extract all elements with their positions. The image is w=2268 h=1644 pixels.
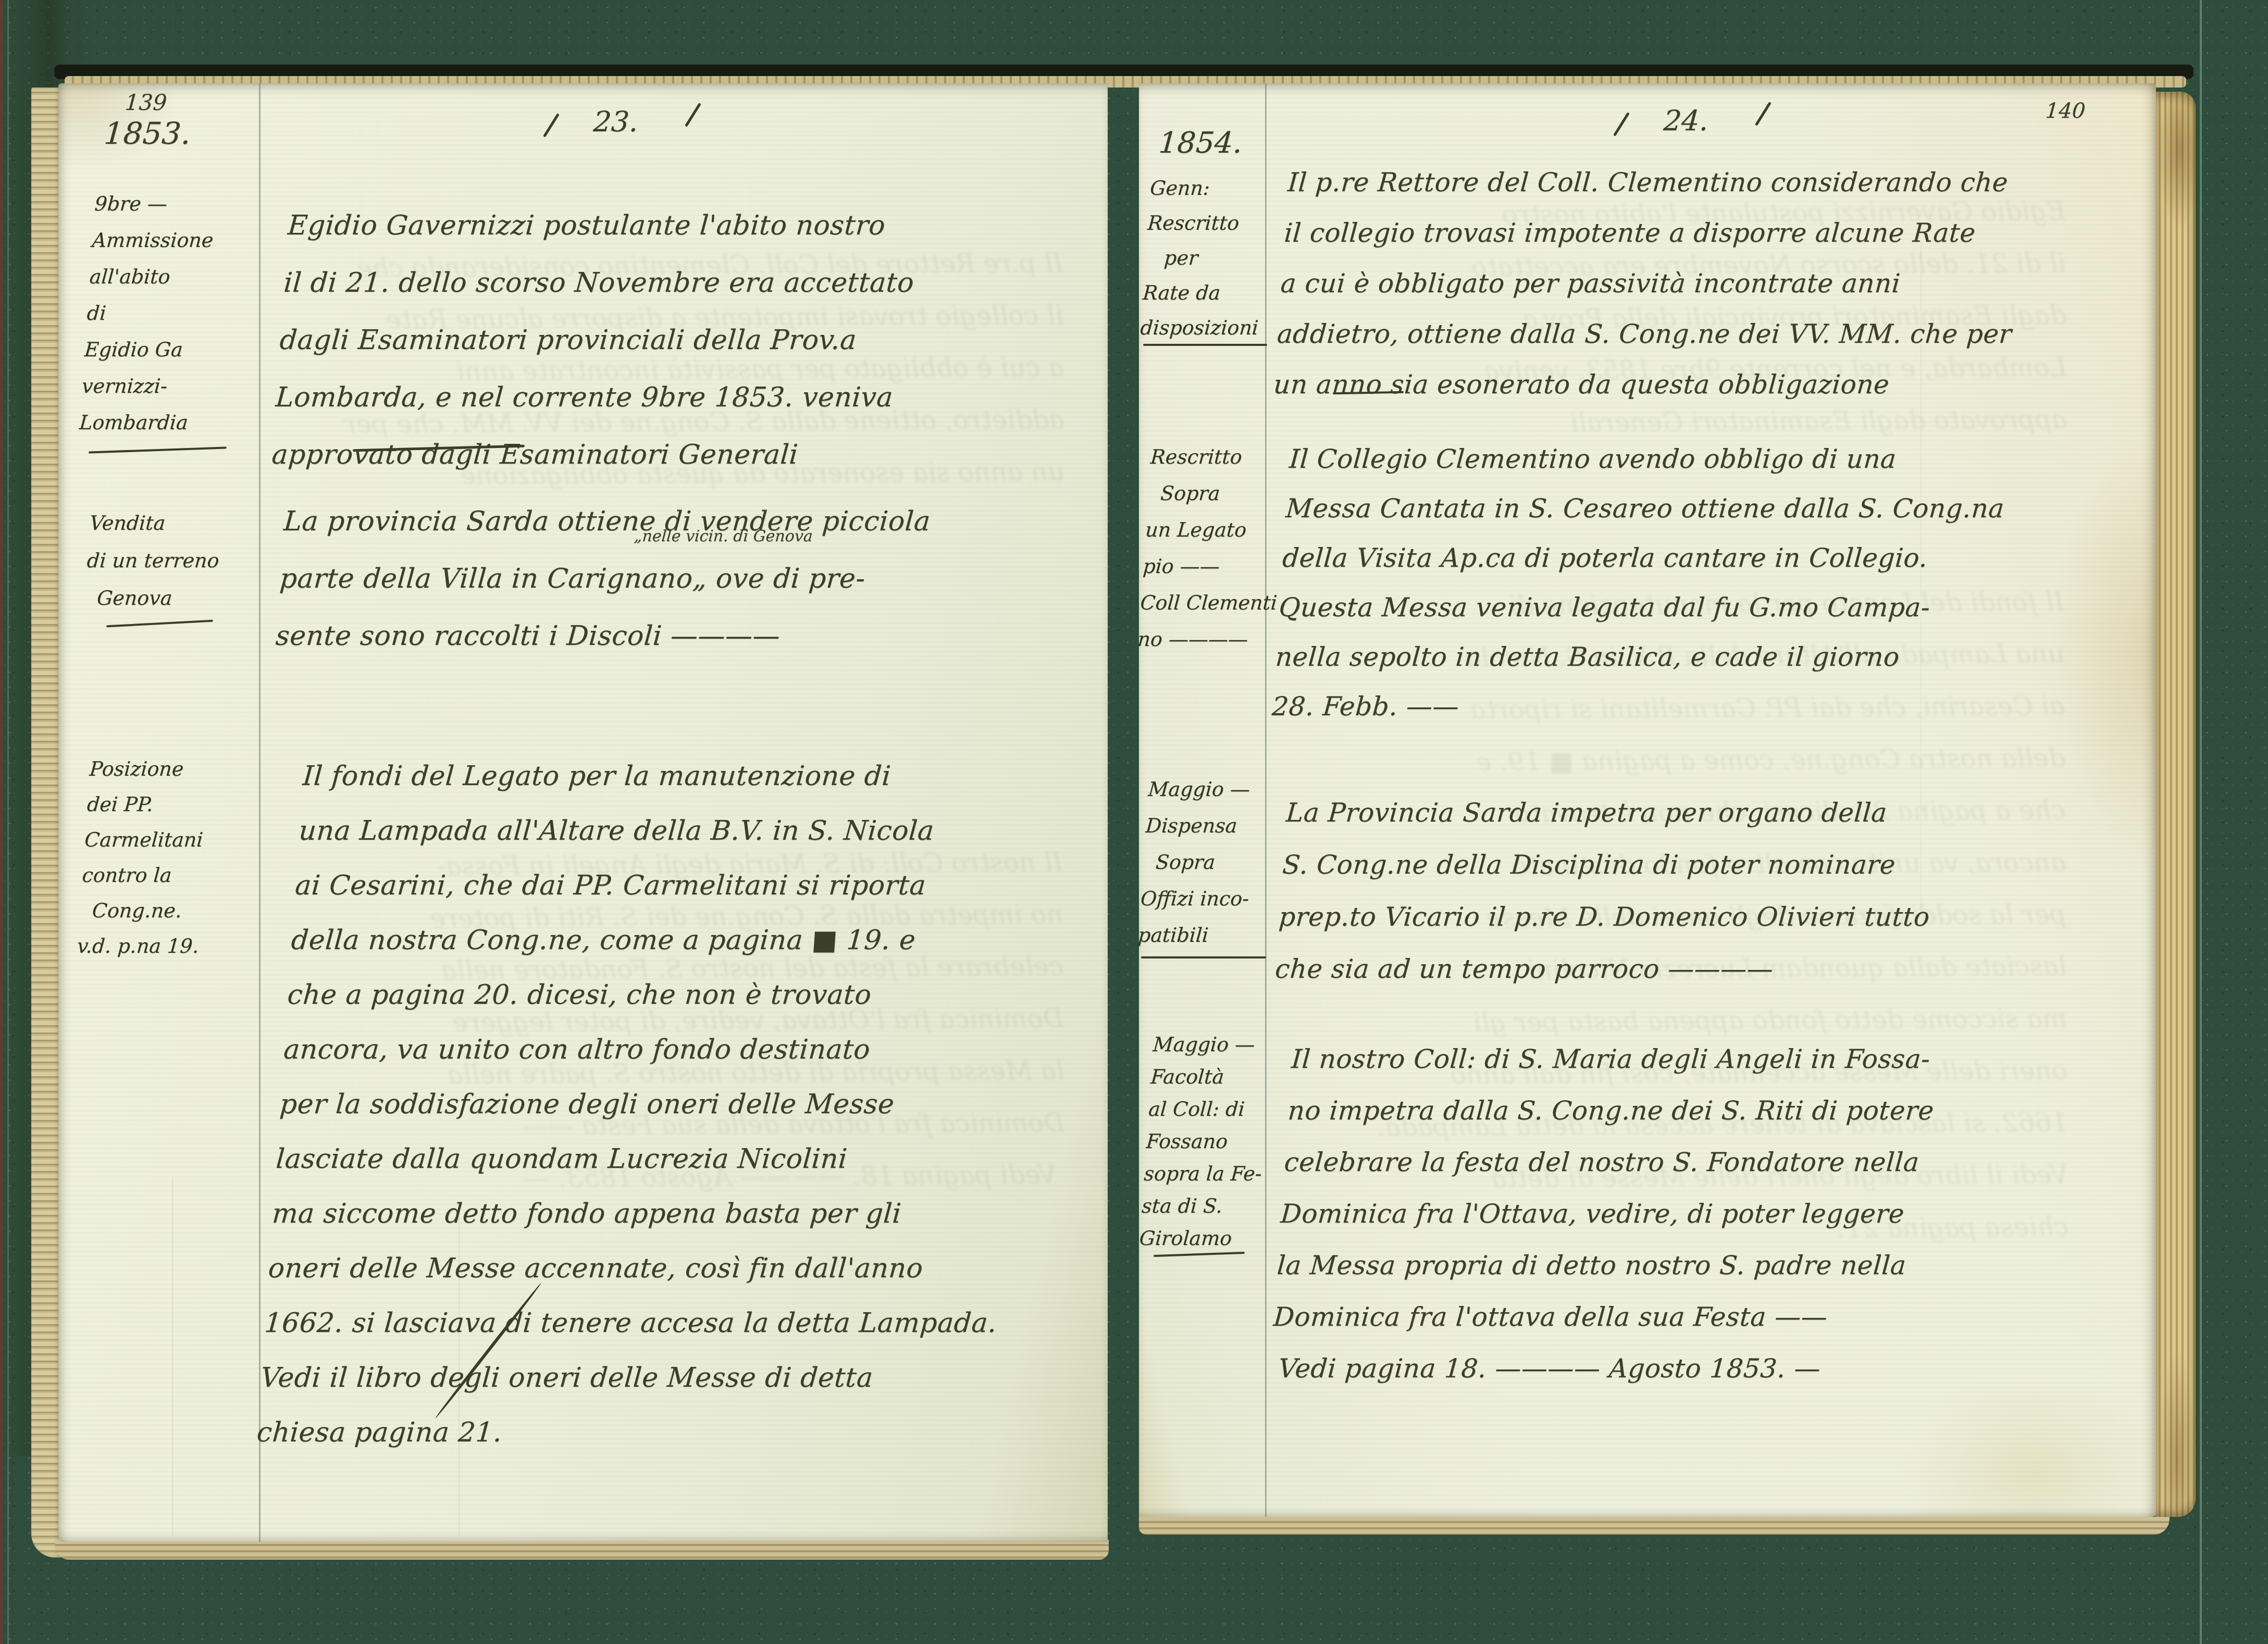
- page-edges-bottom-right: [1139, 1517, 2170, 1535]
- handwritten-line: Il p.re Rettore del Coll. Clementino con…: [1286, 157, 2024, 208]
- handwritten-line: della nostra Cong.ne, come a pagina ■ 19…: [289, 913, 1025, 968]
- handwritten-line: Dominica fra l'Ottava, vedire, di poter …: [1279, 1188, 1929, 1240]
- margin-rule-line: [1265, 83, 1267, 1517]
- handwritten-line: Girolamo: [1138, 1222, 1258, 1254]
- glass-edge-red-sliver: [0, 0, 3, 1644]
- handwritten-line: 28. Febb. ——: [1270, 682, 1992, 731]
- handwritten-line: Vedi il libro degli oneri delle Messe di…: [259, 1351, 995, 1405]
- handwritten-line: ai Cesarini, che dai PP. Carmelitani si …: [293, 858, 1030, 913]
- handwritten-line: Il nostro Coll: di S. Maria degli Angeli…: [1290, 1033, 1939, 1085]
- handwritten-line: patibili: [1137, 917, 1248, 953]
- handwritten-line: Il Collegio Clementino avendo obbligo di…: [1287, 434, 2009, 484]
- entry-margin-note: Genn:Rescritto perRate dadisposizioni: [1139, 171, 1269, 345]
- handwritten-line: di: [86, 295, 210, 331]
- handwritten-line: Rate da: [1142, 276, 1262, 310]
- handwritten-line: nella sepolto in detta Basilica, e cade …: [1274, 632, 1996, 682]
- handwritten-line: Maggio —: [1147, 771, 1258, 807]
- handwritten-line: al Coll: di: [1147, 1093, 1267, 1125]
- handwritten-line: sente sono raccolti i Discoli ————: [274, 607, 924, 665]
- year-heading: 1853.: [103, 116, 192, 151]
- handwritten-line: disposizioni: [1139, 310, 1259, 345]
- handwritten-line: v.d. p.na 19.: [76, 928, 200, 964]
- entry-body-text: Il p.re Rettore del Coll. Clementino con…: [1272, 157, 2024, 410]
- handwritten-line: la Messa propria di detto nostro S. padr…: [1275, 1240, 1925, 1291]
- ink-rule: [89, 446, 227, 453]
- handwritten-line: approvato dagli Esaminatori Generali: [270, 426, 904, 483]
- entry-margin-note: Maggio —Facoltàal Coll: diFossanosopra l…: [1138, 1028, 1272, 1254]
- page-number-flourish: [543, 113, 560, 138]
- handwritten-line: sta di S.: [1141, 1190, 1260, 1222]
- handwritten-line: Egidio Ga: [83, 331, 207, 368]
- photo-stage: Il p.re Rettore del Coll. Clementino con…: [0, 0, 2268, 1644]
- handwritten-line: Genova: [83, 579, 218, 617]
- right-page: Egidio Gavernizzi postulante l'abito nos…: [1139, 83, 2156, 1517]
- handwritten-line: Sopra: [1142, 844, 1253, 880]
- handwritten-line: che sia ad un tempo parroco ————: [1273, 943, 1928, 995]
- handwritten-line: Facoltà: [1150, 1061, 1270, 1093]
- handwritten-line: Sopra: [1147, 475, 1286, 512]
- left-page: Il p.re Rettore del Coll. Clementino con…: [58, 83, 1108, 1542]
- entry-body-text: Il Collegio Clementino avendo obbligo di…: [1270, 434, 2010, 731]
- handwritten-line: Dominica fra l'ottava della sua Festa ——: [1272, 1291, 1922, 1343]
- ink-rule: [106, 620, 213, 628]
- handwritten-line: Genn:: [1149, 171, 1269, 206]
- entry-body-text: La Provincia Sarda impetra per organo de…: [1273, 787, 1939, 995]
- page-number-flourish: [1613, 112, 1630, 136]
- entry-body-text: Il nostro Coll: di S. Maria degli Angeli…: [1268, 1033, 1939, 1394]
- year-heading: 1854.: [1158, 126, 1244, 160]
- handwritten-line: Vedi pagina 18. ———— Agosto 1853. —: [1268, 1343, 1918, 1394]
- handwritten-line: Posizione: [89, 751, 213, 787]
- handwritten-line: di un terreno: [85, 542, 220, 579]
- handwritten-line: pio ——: [1142, 548, 1281, 584]
- handwritten-line: a cui è obbligato per passività incontra…: [1279, 258, 2017, 309]
- handwritten-line: contro la: [81, 857, 205, 893]
- page-edges-bottom-left: [55, 1540, 1109, 1560]
- handwritten-line: Coll Clementi: [1139, 584, 1278, 621]
- handwritten-line: Egidio Gavernizzi postulante l'abito nos…: [286, 197, 920, 254]
- handwritten-line: no ————: [1136, 621, 1275, 657]
- handwritten-line: La provincia Sarda ottiene di vendere pi…: [282, 493, 933, 550]
- paper-crease: [172, 1177, 173, 1537]
- handwritten-line: parte della Villa in Carignano„ ove di p…: [278, 550, 928, 607]
- handwritten-line: Fossano: [1145, 1125, 1265, 1157]
- handwritten-line: Il fondi del Legato per la manutenzione …: [301, 749, 1037, 804]
- handwritten-line: vernizzi-: [81, 368, 205, 404]
- handwritten-line: Rescritto: [1149, 439, 1288, 475]
- handwritten-line: celebrare la festa del nostro S. Fondato…: [1282, 1137, 1932, 1188]
- handwritten-line: no impetra dalla S. Cong.ne dei S. Riti …: [1286, 1085, 1936, 1137]
- handwritten-line: 1662. si lasciava di tenere accesa la de…: [263, 1296, 999, 1351]
- glass-edge-line-left: [7, 0, 9, 1644]
- margin-rule-line: [259, 83, 261, 1542]
- handwritten-line: ma siccome detto fondo appena basta per …: [270, 1187, 1007, 1241]
- handwritten-line: Cong.ne.: [78, 893, 202, 928]
- handwritten-line: che a pagina 20. dicesi, che non è trova…: [286, 968, 1022, 1023]
- handwritten-line: un Legato: [1144, 512, 1283, 548]
- ink-rule: [1143, 344, 1267, 346]
- ink-rule: [1141, 956, 1266, 958]
- handwritten-line: S. Cong.ne della Disciplina di poter nom…: [1281, 839, 1935, 891]
- handwritten-line: Messa Cantata in S. Cesareo ottiene dall…: [1284, 484, 2006, 533]
- handwritten-line: sopra la Fe-: [1143, 1157, 1262, 1190]
- handwritten-line: chiesa pagina 21.: [255, 1405, 991, 1460]
- handwritten-line: una Lampada all'Altare della B.V. in S. …: [297, 804, 1033, 858]
- entry-margin-note: Rescritto Sopraun Legatopio ——Coll Cleme…: [1136, 439, 1288, 657]
- entry-body-text: Egidio Gavernizzi postulante l'abito nos…: [270, 197, 920, 483]
- page-number: 23.: [557, 105, 674, 138]
- handwritten-line: lasciate dalla quondam Lucrezia Nicolini: [274, 1132, 1010, 1187]
- glass-edge-line-right: [2200, 0, 2202, 1644]
- handwritten-line: ancora, va unito con altro fondo destina…: [282, 1023, 1018, 1077]
- handwritten-line: 9bre —: [93, 185, 217, 222]
- handwritten-line: Questa Messa veniva legata dal fu G.mo C…: [1277, 583, 1999, 632]
- page-number: 24.: [1628, 104, 1744, 137]
- handwritten-line: per la soddisfazione degli oneri delle M…: [278, 1077, 1014, 1132]
- page-number-flourish: [685, 103, 701, 127]
- handwritten-line: Vendita: [89, 504, 224, 542]
- entry-margin-note: Posizionedei PP.Carmelitanicontro la Con…: [76, 751, 213, 964]
- handwritten-line: La Provincia Sarda impetra per organo de…: [1284, 787, 1939, 839]
- handwritten-line: dagli Esaminatori provinciali della Prov…: [278, 312, 912, 369]
- handwritten-line: il collegio trovasi impotente a disporre…: [1282, 208, 2021, 258]
- handwritten-line: della nostra Cong.ne, come a pagina ■ 19…: [1284, 732, 2066, 789]
- folio-number: 139: [124, 90, 168, 115]
- handwritten-line: Lombardia: [78, 404, 202, 441]
- handwritten-line: Maggio —: [1152, 1028, 1272, 1061]
- handwritten-line: addietro, ottiene dalla S. Cong.ne dei V…: [1275, 309, 2014, 359]
- handwritten-line: Offizi inco-: [1139, 880, 1250, 917]
- handwritten-line: della Visita Ap.ca di poterla cantare in…: [1281, 533, 2002, 583]
- handwritten-line: per: [1144, 241, 1265, 276]
- page-stack-left-edge: [31, 88, 61, 1558]
- handwritten-line: Ammissione: [91, 222, 215, 258]
- entry-margin-note: Maggio —Dispensa SopraOffizi inco-patibi…: [1137, 771, 1258, 953]
- handwritten-line: Rescritto: [1146, 206, 1267, 241]
- handwritten-line: dei PP.: [86, 787, 210, 822]
- page-number-flourish: [1755, 102, 1771, 126]
- handwritten-line: Lombarda, e nel corrente 9bre 1853. veni…: [274, 369, 908, 426]
- handwritten-line: il di 21. dello scorso Novembre era acce…: [282, 254, 916, 312]
- entry-margin-note: Venditadi un terreno Genova: [83, 504, 223, 617]
- book-fore-edge-right: [2155, 92, 2196, 1517]
- handwritten-line: Dispensa: [1144, 807, 1255, 844]
- handwritten-line: Carmelitani: [83, 822, 207, 857]
- handwritten-line: prep.to Vicario il p.re D. Domenico Oliv…: [1277, 891, 1931, 943]
- handwritten-line: all'abito: [88, 258, 212, 295]
- entry-body-text: La provincia Sarda ottiene di vendere pi…: [274, 493, 932, 665]
- entry-margin-note: 9bre —Ammissioneall'abitodiEgidio Gavern…: [78, 185, 217, 441]
- handwritten-line: oneri delle Messe accennate, così fin da…: [266, 1241, 1002, 1296]
- folio-number: 140: [2044, 99, 2086, 123]
- entry-body-text: Il fondi del Legato per la manutenzione …: [255, 749, 1037, 1460]
- handwritten-line: un anno sia esonerato da questa obbligaz…: [1272, 359, 2010, 410]
